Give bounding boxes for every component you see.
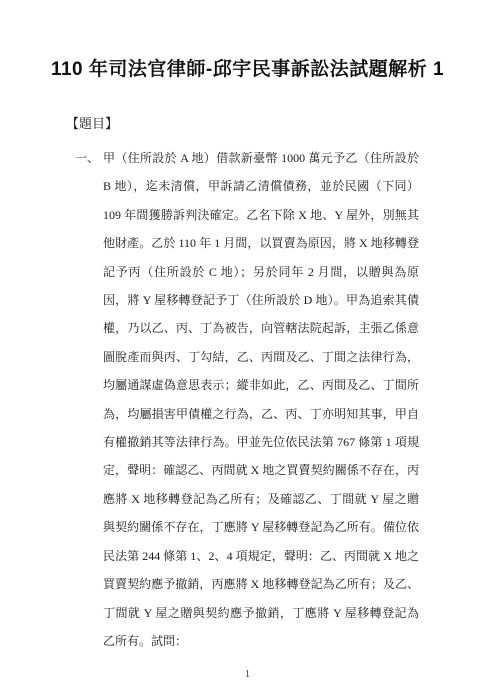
question-number: 一、 <box>75 144 99 172</box>
page-title: 110 年司法官律師-邱宇民事訴訟法試題解析 1 <box>0 57 495 83</box>
page-number: 1 <box>0 669 495 680</box>
question-text: 甲（住所設於 A 地）借款新臺幣 1000 萬元予乙（住所設於 B 地），迄未清… <box>103 144 419 655</box>
question-item: 一、 甲（住所設於 A 地）借款新臺幣 1000 萬元予乙（住所設於 B 地），… <box>75 144 419 655</box>
section-label: 【題目】 <box>66 115 118 133</box>
document-page: 110 年司法官律師-邱宇民事訴訟法試題解析 1 【題目】 一、 甲（住所設於 … <box>0 0 495 700</box>
